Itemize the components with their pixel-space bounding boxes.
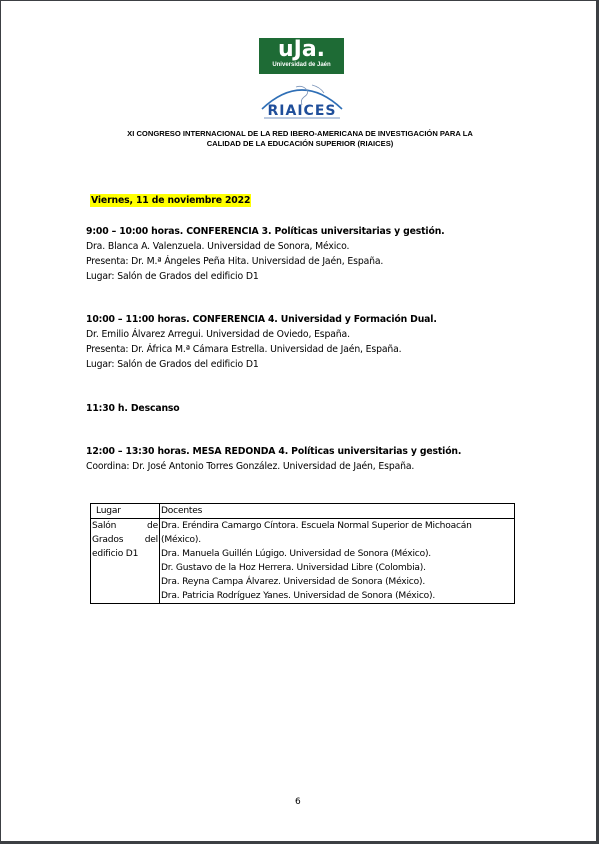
lugar-line: Grados del bbox=[92, 533, 158, 547]
session-conferencia-3: 9:00 – 10:00 horas. CONFERENCIA 3. Polít… bbox=[86, 224, 445, 284]
docente-line: Dra. Patricia Rodríguez Yanes. Universid… bbox=[161, 589, 513, 603]
docente-line: Dr. Gustavo de la Hoz Herrera. Universid… bbox=[161, 561, 513, 575]
table-row: Salón de Grados del edificio D1 Dra. Eré… bbox=[91, 519, 515, 604]
date-heading: Viernes, 11 de noviembre 2022 bbox=[90, 194, 251, 207]
lugar-cell: Salón de Grados del edificio D1 bbox=[91, 519, 160, 604]
session-speaker: Dr. Emilio Álvarez Arregui. Universidad … bbox=[86, 327, 437, 342]
session-heading: 9:00 – 10:00 horas. CONFERENCIA 3. Polít… bbox=[86, 224, 445, 239]
lugar-line: edificio D1 bbox=[92, 547, 158, 561]
docente-line: Dra. Eréndira Camargo Cíntora. Escuela N… bbox=[161, 519, 513, 533]
page-number: 6 bbox=[295, 797, 301, 807]
header-lugar: Lugar bbox=[91, 504, 160, 519]
congress-title: XI CONGRESO INTERNACIONAL DE LA RED IBER… bbox=[61, 129, 539, 149]
session-speaker: Dra. Blanca A. Valenzuela. Universidad d… bbox=[86, 239, 445, 254]
uja-logo-subtitle: Universidad de Jaén bbox=[259, 61, 344, 69]
document-page: uJa. Universidad de Jaén RIAICES XI CONG… bbox=[1, 1, 596, 841]
session-presenter: Presenta: Dr. África M.ª Cámara Estrella… bbox=[86, 342, 437, 357]
session-mesa-redonda-4: 12:00 – 13:30 horas. MESA REDONDA 4. Pol… bbox=[86, 444, 461, 474]
session-descanso: 11:30 h. Descanso bbox=[86, 401, 180, 416]
uja-logo: uJa. Universidad de Jaén bbox=[259, 38, 344, 74]
docentes-cell: Dra. Eréndira Camargo Cíntora. Escuela N… bbox=[160, 519, 515, 604]
lugar-line: Salón de bbox=[92, 519, 158, 533]
session-location: Lugar: Salón de Grados del edificio D1 bbox=[86, 269, 445, 284]
congress-title-line2: CALIDAD DE LA EDUCACIÓN SUPERIOR (RIAICE… bbox=[61, 139, 539, 149]
session-heading: 12:00 – 13:30 horas. MESA REDONDA 4. Pol… bbox=[86, 444, 461, 459]
riaices-logo: RIAICES bbox=[256, 79, 348, 121]
header-docentes: Docentes bbox=[160, 504, 515, 519]
session-conferencia-4: 10:00 – 11:00 horas. CONFERENCIA 4. Univ… bbox=[86, 312, 437, 372]
session-coordinator: Coordina: Dr. José Antonio Torres Gonzál… bbox=[86, 459, 461, 474]
table-header-row: Lugar Docentes bbox=[91, 504, 515, 519]
session-heading: 10:00 – 11:00 horas. CONFERENCIA 4. Univ… bbox=[86, 312, 437, 327]
docente-line: Dra. Manuela Guillén Lúgigo. Universidad… bbox=[161, 547, 513, 561]
session-heading: 11:30 h. Descanso bbox=[86, 401, 180, 416]
docente-line: Dra. Reyna Campa Álvarez. Universidad de… bbox=[161, 575, 513, 589]
docente-line: (México). bbox=[161, 533, 513, 547]
docentes-table: Lugar Docentes Salón de Grados del edifi… bbox=[90, 503, 515, 604]
uja-logo-mark: uJa. bbox=[259, 39, 344, 61]
session-location: Lugar: Salón de Grados del edificio D1 bbox=[86, 357, 437, 372]
congress-title-line1: XI CONGRESO INTERNACIONAL DE LA RED IBER… bbox=[61, 129, 539, 139]
riaices-logo-text: RIAICES bbox=[268, 103, 337, 119]
session-presenter: Presenta: Dr. M.ª Ángeles Peña Hita. Uni… bbox=[86, 254, 445, 269]
